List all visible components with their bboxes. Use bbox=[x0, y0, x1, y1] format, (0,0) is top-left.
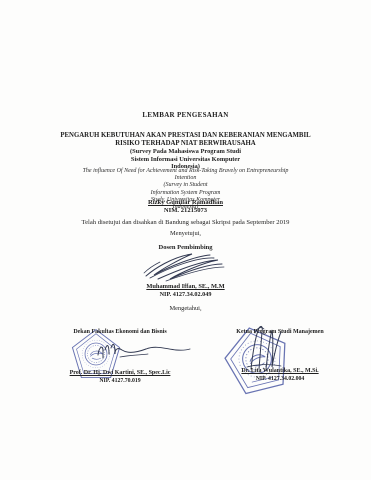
author-block: Rizky Gumilar Ramadhan NIM. 21215073 bbox=[0, 199, 371, 215]
advisor-name: Muhammad Iffan, SE., M.M bbox=[0, 283, 371, 290]
advisor-signature-icon bbox=[138, 249, 236, 283]
approving-word: Menyetujui, bbox=[0, 230, 371, 237]
thesis-title-block: PENGARUH KEBUTUHAN AKAN PRESTASI DAN KEB… bbox=[58, 132, 313, 171]
advisor-nip: NIP. 4127.34.02.049 bbox=[0, 291, 371, 298]
head-name: Dr. Lita Wulantika, SE., M.Si. bbox=[205, 368, 355, 374]
thesis-title-english: The influence Of Need for Achievement an… bbox=[72, 168, 299, 182]
head-of-program-role: Ketua Program Studi Manajemen bbox=[205, 329, 355, 335]
dean-nip: NIP. 4127.70.019 bbox=[45, 378, 195, 384]
approval-statement: Telah disetujui dan disahkan di Bandung … bbox=[0, 219, 371, 226]
dean-name: Prof. Dr. Hj. Dwi Kartini, SE., Spec.Lic bbox=[45, 370, 195, 376]
head-nip: NIP. 4127.34.02.004 bbox=[205, 376, 355, 382]
author-name: Rizky Gumilar Ramadhan bbox=[0, 199, 371, 207]
author-nim: NIM. 21215073 bbox=[0, 207, 371, 215]
thesis-title-indonesian: PENGARUH KEBUTUHAN AKAN PRESTASI DAN KEB… bbox=[58, 132, 313, 148]
page-title: LEMBAR PENGESAHAN bbox=[0, 111, 371, 119]
acknowledging-word: Mengetahui, bbox=[0, 305, 371, 312]
approval-sheet-page: LEMBAR PENGESAHAN PENGARUH KEBUTUHAN AKA… bbox=[0, 0, 371, 480]
dean-signature-icon bbox=[90, 338, 192, 364]
dean-role: Dekan Fakultas Ekonomi dan Bisnis bbox=[45, 329, 195, 335]
